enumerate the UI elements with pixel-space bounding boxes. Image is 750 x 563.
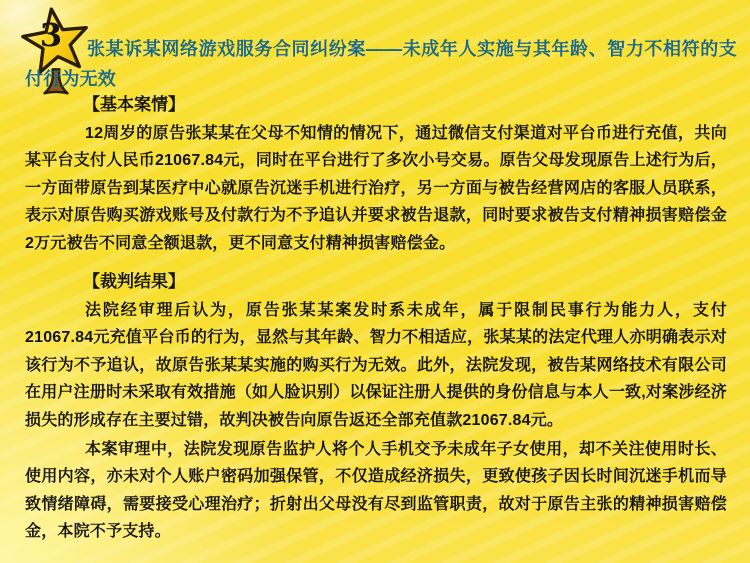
page-title: 张某诉某网络游戏服务合同纠纷案——未成年人实施与其年龄、智力不相符的支付行为无效 — [25, 34, 737, 94]
section-heading-basic-facts: 【基本案情】 — [25, 92, 727, 118]
judgment-paragraph-1: 法院经审理后认为，原告张某某案发时系未成年，属于限制民事行为能力人，支付2106… — [25, 297, 727, 434]
case-content: 【基本案情】 12周岁的原告张某某在父母不知情的情况下，通过微信支付渠道对平台币… — [25, 92, 727, 546]
slide-background: 3 张某诉某网络游戏服务合同纠纷案——未成年人实施与其年龄、智力不相符的支付行为… — [0, 0, 750, 563]
judgment-paragraph-2: 本案审理中，法院发现原告监护人将个人手机交予未成年子女使用，却不关注使用时长、使… — [25, 436, 727, 546]
section-heading-judgment-result: 【裁判结果】 — [25, 269, 727, 295]
basic-facts-paragraph: 12周岁的原告张某某在父母不知情的情况下，通过微信支付渠道对平台币进行充值，共向… — [25, 120, 727, 257]
